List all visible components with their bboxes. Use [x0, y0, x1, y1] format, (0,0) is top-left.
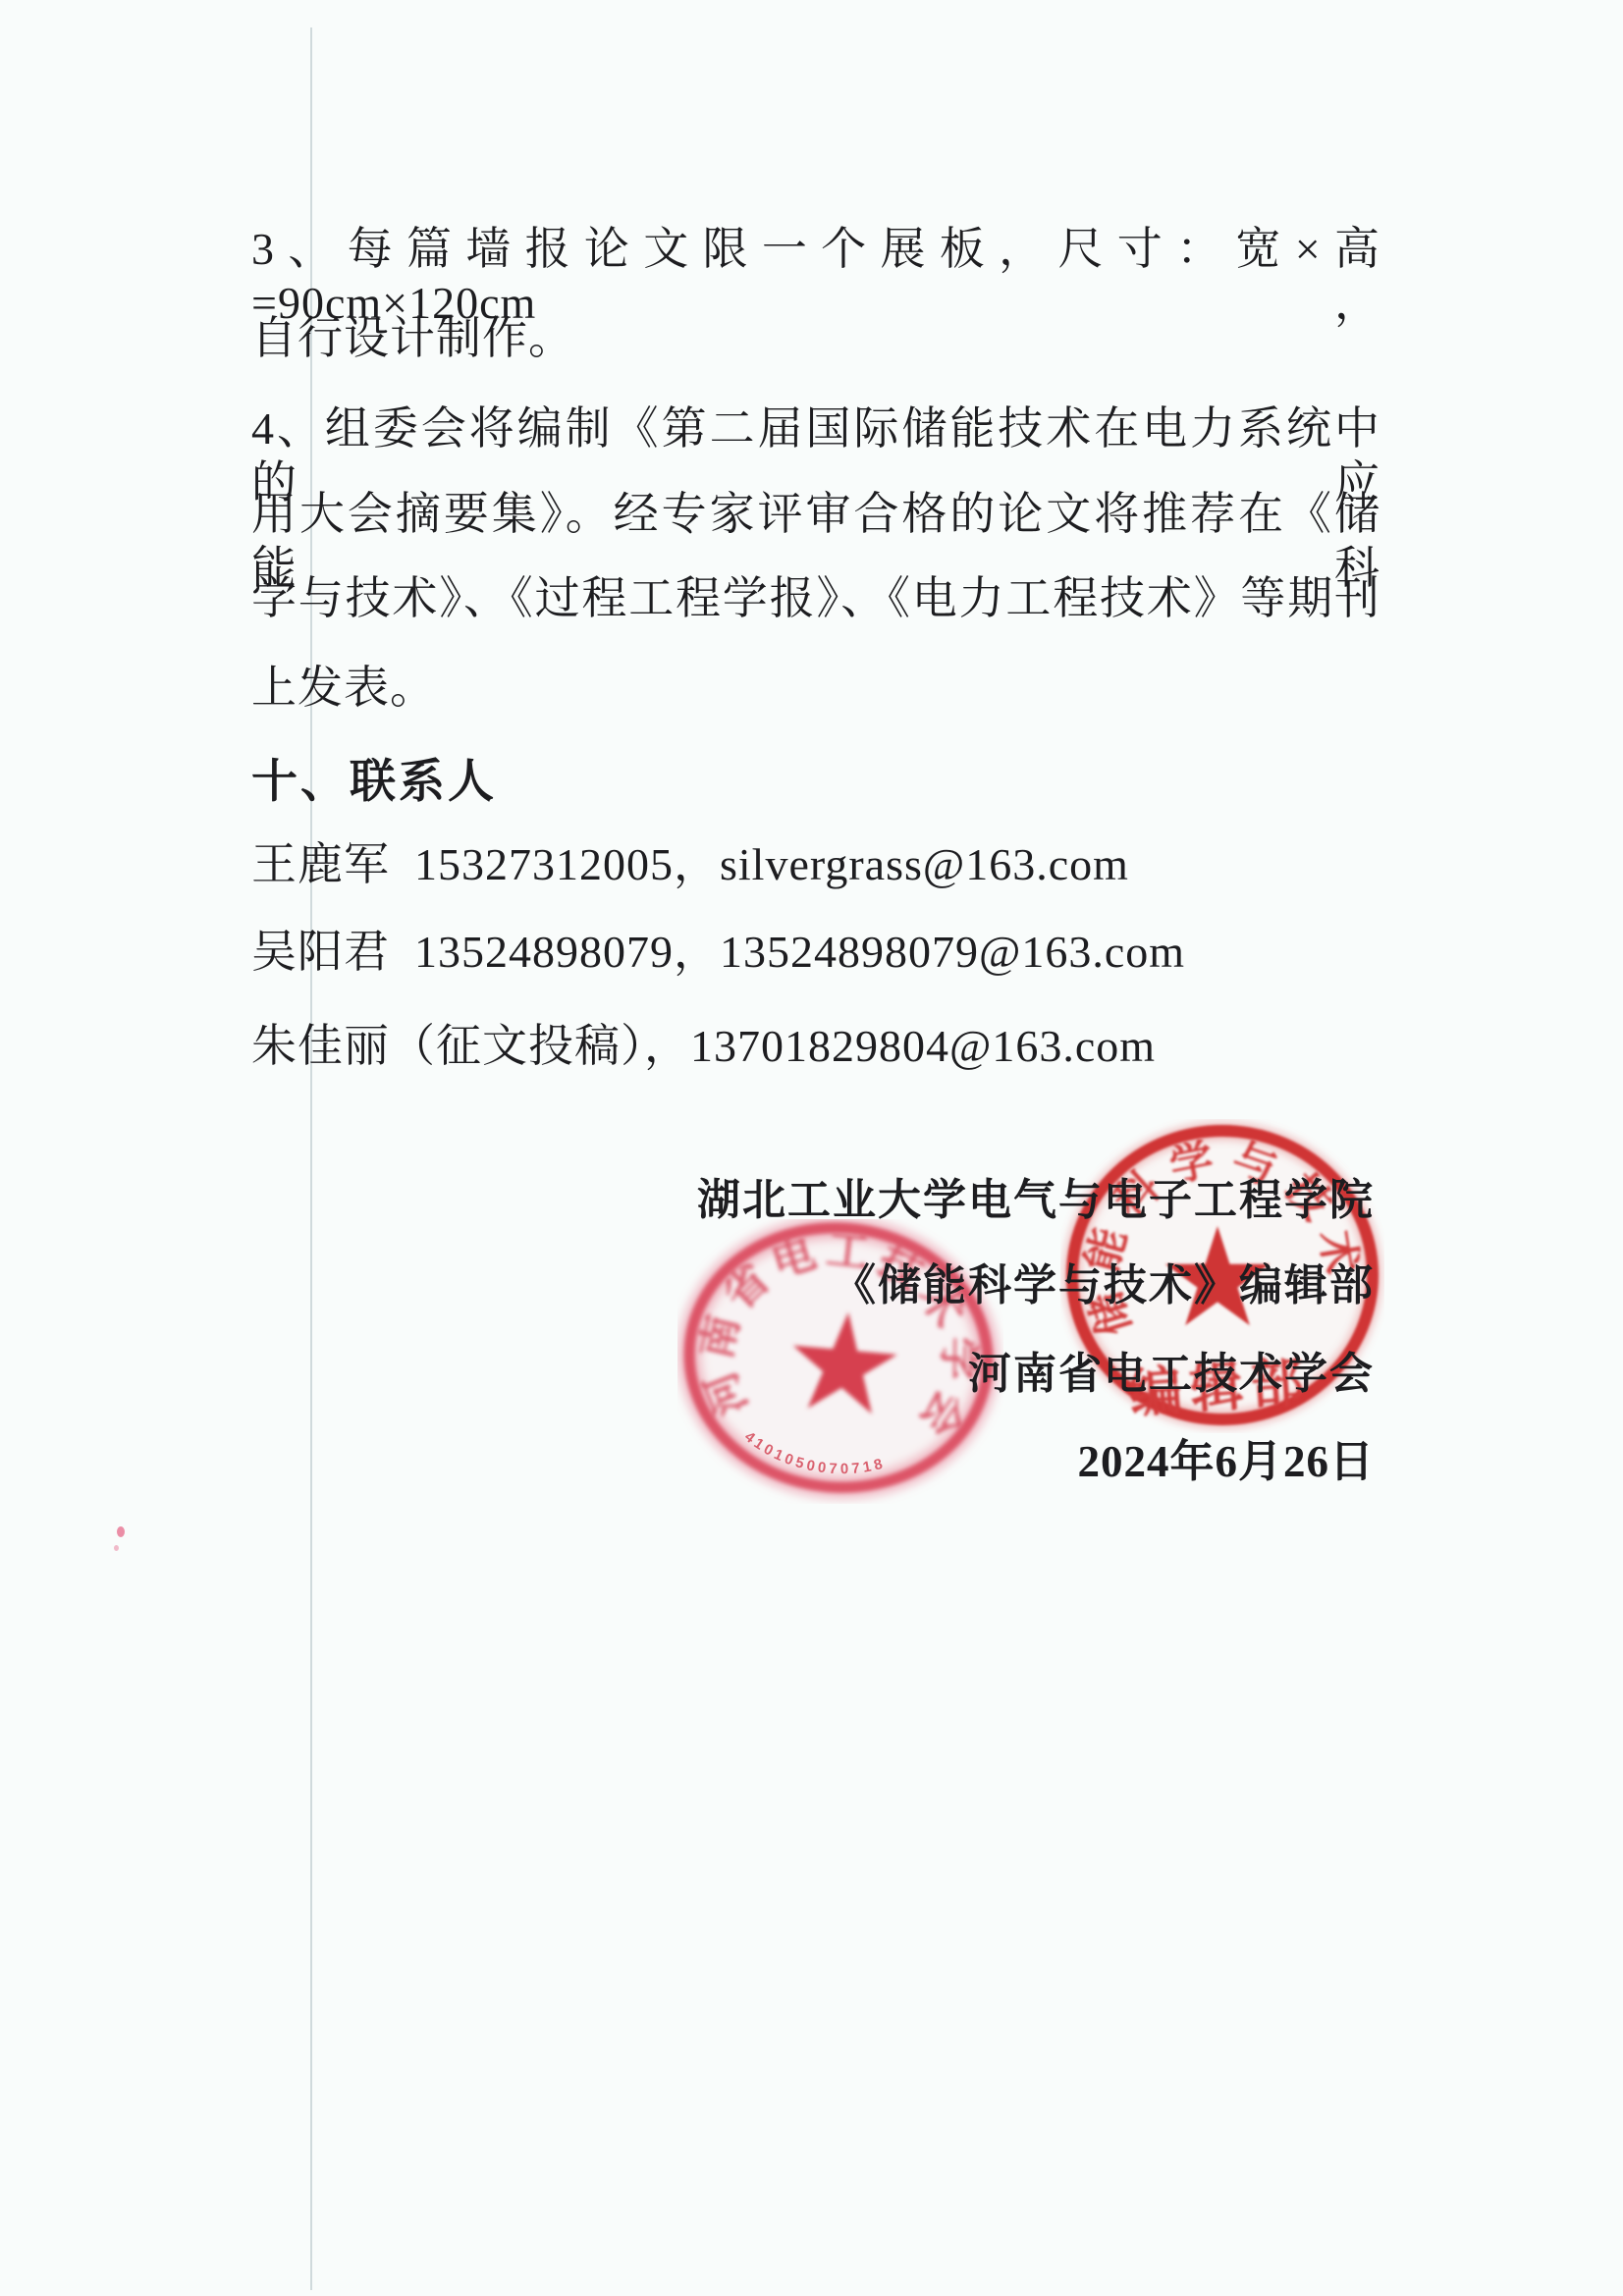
- signature-date: 2024年6月26日: [1077, 1425, 1375, 1489]
- signature-org-2: 《储能科学与技术》编辑部: [833, 1250, 1375, 1312]
- ink-speck: [117, 1526, 125, 1537]
- contact-line: 朱佳丽（征文投稿），13701829804@163.com: [251, 1019, 1156, 1073]
- contact-line: 吴阳君 13524898079，13524898079@163.com: [251, 925, 1185, 979]
- ink-speck: [114, 1545, 119, 1551]
- paragraph-line: 自行设计制作。: [251, 311, 574, 365]
- paragraph-line: 上发表。: [251, 661, 436, 715]
- scanned-document-page: 3、每篇墙报论文限一个展板，尺寸：宽×高=90cm×120cm， 自行设计制作。…: [0, 0, 1623, 2296]
- section-heading-contacts: 十、联系人: [251, 745, 497, 811]
- contact-line: 王鹿军 15327312005，silvergrass@163.com: [251, 837, 1129, 891]
- scanner-artifact-line: [310, 27, 312, 2290]
- signature-org-3: 河南省电工技术学会: [968, 1338, 1375, 1401]
- signature-org-1: 湖北工业大学电气与电子工程学院: [697, 1164, 1375, 1227]
- paragraph-line: 学与技术》、《过程工程学报》、《电力工程技术》等期刊: [251, 571, 1380, 625]
